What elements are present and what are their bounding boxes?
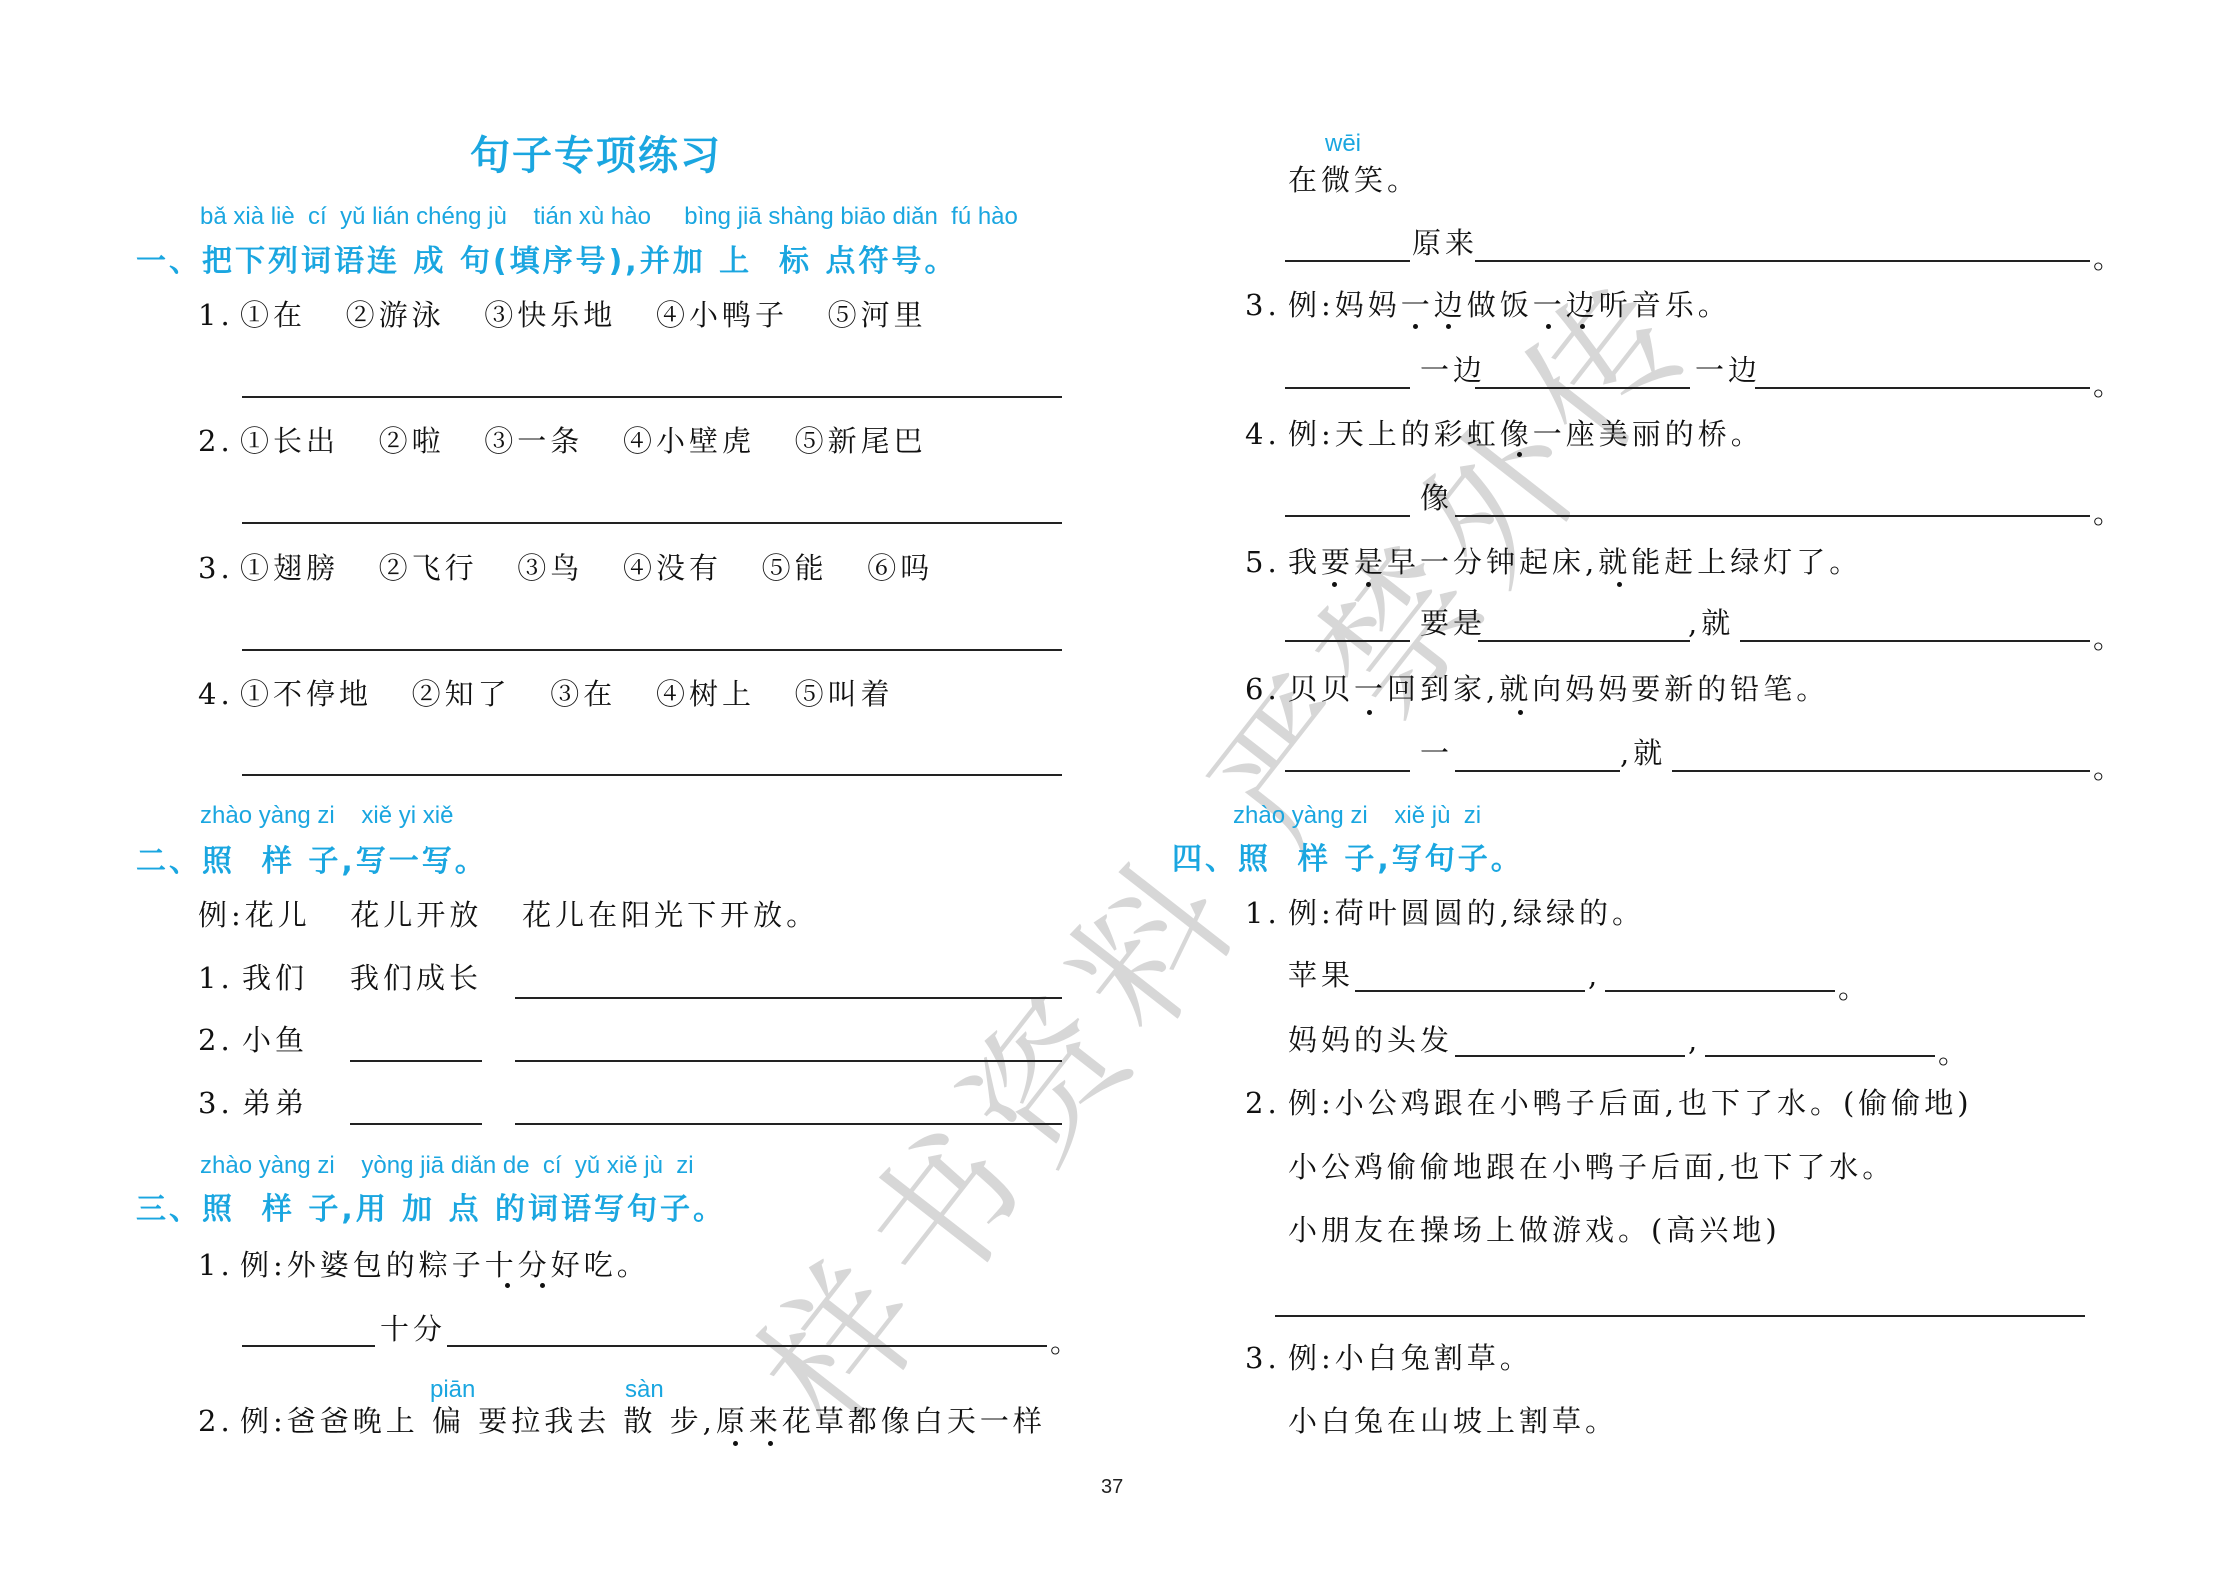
emphasis-dot [1413,324,1418,329]
s4-item1-prompt-a: 苹果 [1288,958,1354,992]
s4-item1-example: 例:荷叶圆圆的,绿绿的。 [1288,896,1645,930]
s4-item1-num: 1. [1245,896,1281,930]
s1-item1-words: ①在 ②游泳 ③快乐地 ④小鸭子 ⑤河里 [240,298,927,332]
s2-item3-num: 3. [198,1086,234,1120]
emphasis-dot [505,1283,510,1288]
s3-item3-blank-a[interactable] [1285,387,1410,389]
s4-item1-blank-b1[interactable] [1455,1055,1685,1057]
s2-item2-word: 小鱼 [242,1023,308,1057]
s4-item2-model: 小公鸡偷偷地跟在小鸭子后面,也下了水。 [1288,1150,1895,1184]
s2-item3-phrase-line[interactable] [350,1123,482,1125]
s3-item6-example: 贝贝一回到家,就向妈妈要新的铅笔。 [1288,672,1829,706]
s3-item5-example: 我要是早一分钟起床,就能赶上绿灯了。 [1288,545,1862,579]
s4-item1-blank-b2[interactable] [1705,1055,1935,1057]
period: 。 [2093,616,2122,657]
s4-item3-example: 例:小白兔割草。 [1288,1341,1533,1375]
s2-example: 例:花儿 花儿开放 花儿在阳光下开放。 [198,898,819,932]
s4-item2-answer-line[interactable] [1275,1315,2085,1317]
s1-item2-num: 2. [198,424,234,458]
s3-item2-blank-a[interactable] [1285,260,1410,262]
s3-item4-blank-a[interactable] [1285,515,1410,517]
emphasis-dot [1617,582,1622,587]
page-title: 句子专项练习 [470,124,722,181]
emphasis-dot [1446,324,1451,329]
pinyin-pian: piān [430,1376,475,1404]
s3-item2-example: 例:爸爸晚上 偏 要拉我去 散 步,原来花草都像白天一样 [240,1404,1046,1438]
s2-item2-num: 2. [198,1023,234,1057]
section4-heading: 四、照 样 子,写句子。 [1172,834,1524,878]
s3-item6-keyword-1: 一 [1420,736,1453,770]
s1-item4-answer-line[interactable] [242,774,1062,776]
s2-item3-word: 弟弟 [242,1086,308,1120]
s3-item5-num: 5. [1245,545,1281,579]
s3-item3-example: 例:妈妈一边做饭一边听音乐。 [1288,288,1731,322]
s1-item4-words: ①不停地 ②知了 ③在 ④树上 ⑤叫着 [240,677,894,711]
s3-item3-num: 3. [1245,288,1281,322]
s4-item3-model: 小白兔在山坡上割草。 [1288,1404,1618,1438]
period: 。 [1050,1320,1079,1361]
emphasis-dot [1580,324,1585,329]
s3-item2-keyword: 原来 [1412,226,1478,260]
s1-item3-words: ①翅膀 ②飞行 ③鸟 ④没有 ⑤能 ⑥吗 [240,551,933,585]
s1-item2-answer-line[interactable] [242,522,1062,524]
s3-item4-num: 4. [1245,417,1281,451]
s2-item1-word: 我们 [242,961,308,995]
section3-pinyin: zhào yàng zi yòng jiā diǎn de cí yǔ xiě … [200,1152,694,1180]
pinyin-san: sàn [625,1376,664,1404]
s3-item6-blank-a[interactable] [1285,770,1410,772]
s3-item6-blank-c[interactable] [1672,770,2090,772]
s3-item3-blank-b[interactable] [1475,387,1690,389]
section3-heading: 三、照 样 子,用 加 点 的词语写句子。 [136,1184,726,1228]
emphasis-dot [1332,582,1337,587]
emphasis-dot [1517,452,1522,457]
s1-item1-num: 1. [198,298,234,332]
s2-item2-phrase-line[interactable] [350,1060,482,1062]
s4-item1-prompt-b: 妈妈的头发 [1288,1023,1453,1057]
s2-item3-sentence-line[interactable] [515,1123,1062,1125]
s4-item3-num: 3. [1245,1341,1281,1375]
emphasis-dot [1546,324,1551,329]
s3-item2-num: 2. [198,1404,234,1438]
comma: , [1688,1023,1701,1057]
s3-item5-blank-b[interactable] [1478,640,1690,642]
section2-pinyin: zhào yàng zi xiě yi xiě [200,802,453,830]
s2-item1-sentence-line[interactable] [515,997,1062,999]
emphasis-dot [1518,710,1523,715]
emphasis-dot [733,1441,738,1446]
pinyin-wei: wēi [1325,130,1361,158]
section1-pinyin: bǎ xià liè cí yǔ lián chéng jù tián xù h… [200,203,1018,231]
s3-item2-blank-b[interactable] [1475,260,2090,262]
s3-item1-keyword: 十分 [380,1312,446,1346]
s3-item3-keyword-2: 一边 [1695,353,1761,387]
emphasis-dot [1367,710,1372,715]
s1-item4-num: 4. [198,677,234,711]
s4-item2-task: 小朋友在操场上做游戏。(高兴地) [1288,1213,1781,1247]
emphasis-dot [768,1441,773,1446]
s4-item1-blank-a1[interactable] [1355,990,1585,992]
section4-pinyin: zhào yàng zi xiě jù zi [1233,802,1481,830]
section2-heading: 二、照 样 子,写一写。 [136,836,488,880]
s3-item4-example: 例:天上的彩虹像一座美丽的桥。 [1288,417,1764,451]
s1-item3-num: 3. [198,551,234,585]
s1-item1-answer-line[interactable] [242,396,1062,398]
s3-item3-blank-c[interactable] [1755,387,2090,389]
section1-heading: 一、把下列词语连 成 句(填序号),并加 上 标 点符号。 [136,236,957,280]
comma: , [1588,958,1601,992]
s1-item3-answer-line[interactable] [242,649,1062,651]
s3-item3-keyword-1: 一边 [1420,353,1486,387]
s3-item1-blank-b[interactable] [447,1345,1047,1347]
s3-item6-num: 6. [1245,672,1281,706]
s4-item2-example: 例:小公鸡跟在小鸭子后面,也下了水。(偷偷地) [1288,1086,1973,1120]
s2-item1-phrase: 我们成长 [350,961,482,995]
s3-item1-num: 1. [198,1248,234,1282]
s2-item1-num: 1. [198,961,234,995]
s3-item1-blank-a[interactable] [242,1345,375,1347]
s1-item2-words: ①长出 ②啦 ③一条 ④小壁虎 ⑤新尾巴 [240,424,927,458]
period: 。 [1938,1031,1967,1072]
s3-item1-example: 例:外婆包的粽子十分好吃。 [240,1248,650,1282]
s3-item4-keyword: 像 [1420,481,1453,515]
period: 。 [1838,966,1867,1007]
s3-item5-keyword-2: ,就 [1688,606,1734,640]
s3-item5-blank-a[interactable] [1285,640,1410,642]
s3-item2-example-cont: 在微笑。 [1288,163,1420,197]
s3-item4-blank-b[interactable] [1455,515,2090,517]
s3-item6-blank-b[interactable] [1455,770,1620,772]
s2-item2-sentence-line[interactable] [515,1060,1062,1062]
period: 。 [2093,236,2122,277]
s3-item6-keyword-2: ,就 [1620,736,1666,770]
period: 。 [2093,363,2122,404]
s3-item5-blank-c[interactable] [1740,640,2090,642]
s4-item1-blank-a2[interactable] [1605,990,1835,992]
emphasis-dot [540,1283,545,1288]
period: 。 [2093,746,2122,787]
s4-item2-num: 2. [1245,1086,1281,1120]
s3-item5-keyword-1: 要是 [1420,606,1486,640]
emphasis-dot [1366,582,1371,587]
period: 。 [2093,491,2122,532]
page-number: 37 [1101,1476,1123,1499]
